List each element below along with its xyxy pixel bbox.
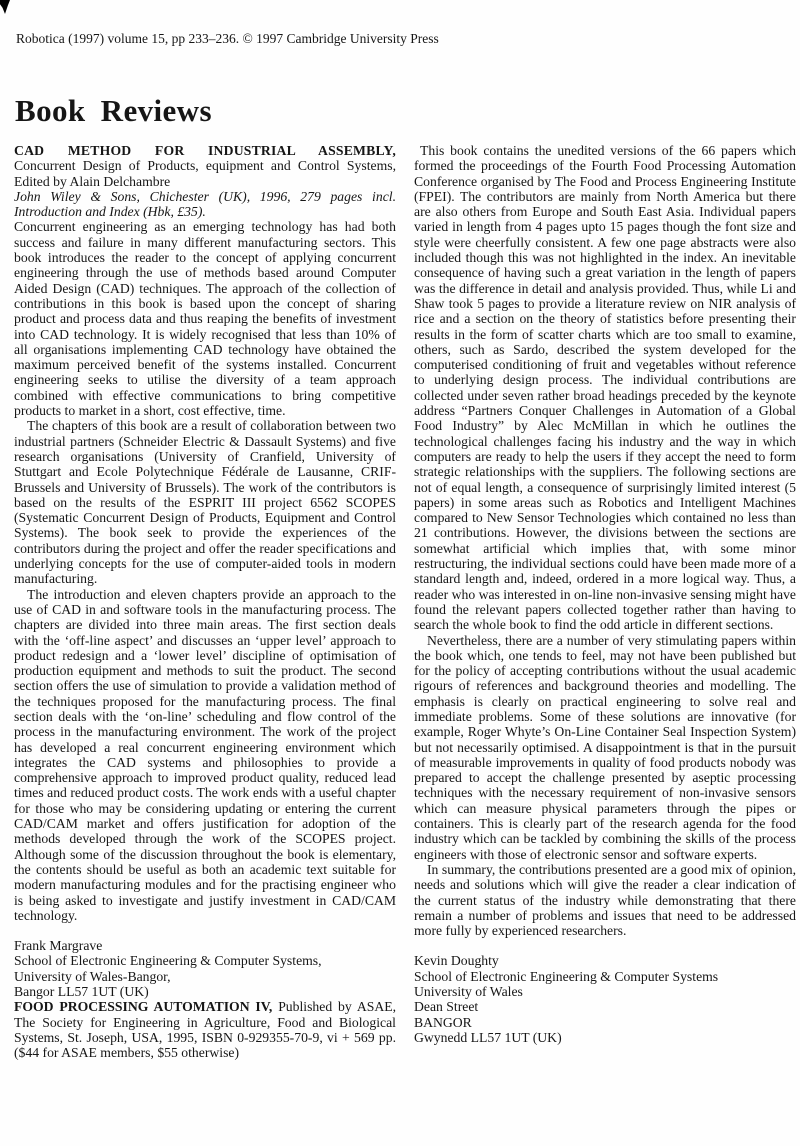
reviewer-name: Frank Margrave	[14, 938, 396, 953]
review2-signature: Kevin Doughty School of Electronic Engin…	[414, 953, 796, 1045]
review1-header: CAD METHOD FOR INDUSTRIAL ASSEMBLY, Conc…	[14, 143, 396, 219]
review1-imprint: John Wiley & Sons, Chichester (UK), 1996…	[14, 189, 396, 220]
reviewer-institution: University of Wales	[414, 984, 796, 999]
page-title: Book Reviews	[15, 94, 212, 128]
review2-header: FOOD PROCESSING AUTOMATION IV, Published…	[14, 999, 396, 1060]
review1-paragraph-1: Concurrent engineering as an emerging te…	[14, 219, 396, 418]
review2-paragraph-1: This book contains the unedited versions…	[414, 143, 796, 633]
review2-paragraph-2: Nevertheless, there are a number of very…	[414, 633, 796, 862]
review1-signature: Frank Margrave School of Electronic Engi…	[14, 938, 396, 999]
left-column: CAD METHOD FOR INDUSTRIAL ASSEMBLY, Conc…	[14, 143, 396, 1061]
reviewer-postcode: Gwynedd LL57 1UT (UK)	[414, 1030, 796, 1045]
reviewer-institution: University of Wales-Bangor,	[14, 969, 396, 984]
scan-corner-mark	[0, 0, 10, 14]
reviewer-affiliation: School of Electronic Engineering & Compu…	[14, 953, 396, 968]
reviewer-affiliation: School of Electronic Engineering & Compu…	[414, 969, 796, 984]
journal-page: Robotica (1997) volume 15, pp 233–236. ©…	[0, 0, 800, 1146]
review1-subtitle: Concurrent Design of Products, equipment…	[14, 158, 396, 189]
review2-paragraph-3: In summary, the contributions presented …	[414, 862, 796, 938]
review1-paragraph-2: The chapters of this book are a result o…	[14, 418, 396, 586]
right-column: This book contains the unedited versions…	[414, 143, 796, 1045]
reviewer-street: Dean Street	[414, 999, 796, 1014]
review1-title: CAD METHOD FOR INDUSTRIAL ASSEMBLY,	[14, 143, 396, 158]
two-column-body: CAD METHOD FOR INDUSTRIAL ASSEMBLY, Conc…	[14, 143, 796, 1061]
review2-title: FOOD PROCESSING AUTOMATION IV,	[14, 999, 272, 1014]
journal-citation: Robotica (1997) volume 15, pp 233–236. ©…	[16, 31, 439, 47]
reviewer-name: Kevin Doughty	[414, 953, 796, 968]
reviewer-address: Bangor LL57 1UT (UK)	[14, 984, 396, 999]
review1-paragraph-3: The introduction and eleven chapters pro…	[14, 587, 396, 924]
reviewer-city: BANGOR	[414, 1015, 796, 1030]
